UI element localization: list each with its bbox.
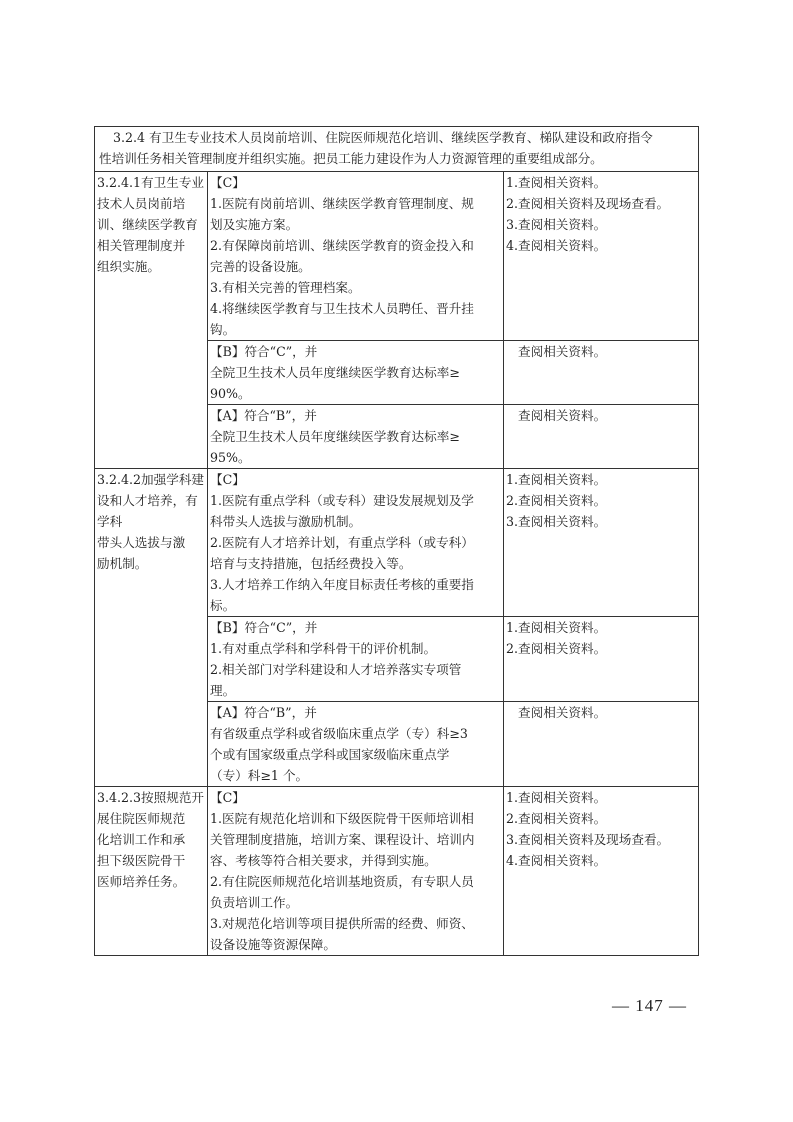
page-number: — 147 — <box>612 996 687 1016</box>
item-title-line: 励机制。 <box>97 553 206 574</box>
item-title-line: 3.2.4.2加强学科建 <box>97 469 206 490</box>
item-title-cell: 3.2.4.2加强学科建 设和人才培养，有 学科 带头人选拔与激 励机制。 <box>95 469 208 787</box>
grade-label: 【B】符合“C”，并 <box>210 617 502 638</box>
criteria-line: 培育与支持措施，包括经费投入等。 <box>210 553 502 574</box>
grade-label: 【A】符合“B”，并 <box>210 405 502 426</box>
method-cell: 查阅相关资料。 <box>504 405 699 469</box>
criteria-line: 1.有对重点学科和学科骨干的评价机制。 <box>210 638 502 659</box>
table-row: 3.2.4.1有卫生专业 技术人员岗前培 训、继续医学教育 相关管理制度并 组织… <box>95 172 699 341</box>
criteria-cell: 【B】符合“C”，并 1.有对重点学科和学科骨干的评价机制。 2.相关部门对学科… <box>208 617 504 702</box>
grade-label: 【C】 <box>210 787 502 808</box>
method-line: 2.查阅相关资料。 <box>506 490 697 511</box>
criteria-line: 1.医院有规范化培训和下级医院骨干医师培训相 <box>210 808 502 829</box>
method-line: 查阅相关资料。 <box>506 341 697 362</box>
criteria-line: （专）科≥1 个。 <box>210 765 502 786</box>
item-title-line: 组织实施。 <box>97 256 206 277</box>
item-title-line: 3.2.4.1有卫生专业 <box>97 172 206 193</box>
criteria-line: 完善的设备设施。 <box>210 256 502 277</box>
method-line: 3.查阅相关资料。 <box>506 214 697 235</box>
grade-label: 【A】符合“B”，并 <box>210 702 502 723</box>
criteria-cell: 【A】符合“B”，并 有省级重点学科或省级临床重点学（专）科≥3 个或有国家级重… <box>208 702 504 787</box>
method-line: 1.查阅相关资料。 <box>506 617 697 638</box>
criteria-line: 标。 <box>210 595 502 616</box>
method-line: 1.查阅相关资料。 <box>506 172 697 193</box>
criteria-line: 个或有国家级重点学科或国家级临床重点学 <box>210 744 502 765</box>
method-line: 3.查阅相关资料。 <box>506 511 697 532</box>
item-title-line: 学科 <box>97 511 206 532</box>
criteria-line: 2.有住院医师规范化培训基地资质，有专职人员 <box>210 871 502 892</box>
item-title-line: 担下级医院骨干 <box>97 850 206 871</box>
document-page: 3.2.4 有卫生专业技术人员岗前培训、住院医师规范化培训、继续医学教育、梯队建… <box>94 126 698 956</box>
criteria-line: 3.有相关完善的管理档案。 <box>210 277 502 298</box>
section-header: 3.2.4 有卫生专业技术人员岗前培训、住院医师规范化培训、继续医学教育、梯队建… <box>95 127 699 172</box>
table-row: 3.4.2.3按照规范开 展住院医师规范 化培训工作和承 担下级医院骨干 医师培… <box>95 787 699 956</box>
criteria-line: 2.有保障岗前培训、继续医学教育的资金投入和 <box>210 235 502 256</box>
section-header-line: 3.2.4 有卫生专业技术人员岗前培训、住院医师规范化培训、继续医学教育、梯队建… <box>99 127 696 148</box>
method-line: 1.查阅相关资料。 <box>506 787 697 808</box>
criteria-line: 关管理制度措施，培训方案、课程设计、培训内 <box>210 829 502 850</box>
criteria-line: 理。 <box>210 680 502 701</box>
method-cell: 1.查阅相关资料。 2.查阅相关资料。 <box>504 617 699 702</box>
criteria-line: 钩。 <box>210 319 502 340</box>
method-cell: 1.查阅相关资料。 2.查阅相关资料。 3.查阅相关资料及现场查看。 4.查阅相… <box>504 787 699 956</box>
method-line: 3.查阅相关资料及现场查看。 <box>506 829 697 850</box>
criteria-line: 2.相关部门对学科建设和人才培养落实专项管 <box>210 659 502 680</box>
item-title-line: 相关管理制度并 <box>97 235 206 256</box>
criteria-line: 设备设施等资源保障。 <box>210 934 502 955</box>
method-line: 4.查阅相关资料。 <box>506 850 697 871</box>
method-line: 查阅相关资料。 <box>506 702 697 723</box>
criteria-cell: 【B】符合“C”，并 全院卫生技术人员年度继续医学教育达标率≥ 90%。 <box>208 341 504 405</box>
criteria-line: 90%。 <box>210 383 502 404</box>
criteria-line: 全院卫生技术人员年度继续医学教育达标率≥ <box>210 362 502 383</box>
criteria-cell: 【C】 1.医院有重点学科（或专科）建设发展规划及学 科带头人选拔与激励机制。 … <box>208 469 504 617</box>
criteria-cell: 【C】 1.医院有岗前培训、继续医学教育管理制度、规 划及实施方案。 2.有保障… <box>208 172 504 341</box>
evaluation-table: 3.2.4 有卫生专业技术人员岗前培训、住院医师规范化培训、继续医学教育、梯队建… <box>94 126 699 956</box>
item-title-line: 医师培养任务。 <box>97 871 206 892</box>
section-header-line: 性培训任务相关管理制度并组织实施。把员工能力建设作为人力资源管理的重要组成部分。 <box>99 148 696 169</box>
criteria-line: 4.将继续医学教育与卫生技术人员聘任、晋升挂 <box>210 298 502 319</box>
method-line: 1.查阅相关资料。 <box>506 469 697 490</box>
method-cell: 查阅相关资料。 <box>504 341 699 405</box>
criteria-line: 负责培训工作。 <box>210 892 502 913</box>
grade-label: 【C】 <box>210 469 502 490</box>
item-title-line: 技术人员岗前培 <box>97 193 206 214</box>
criteria-line: 科带头人选拔与激励机制。 <box>210 511 502 532</box>
criteria-line: 3.人才培养工作纳入年度目标责任考核的重要指 <box>210 574 502 595</box>
criteria-line: 95%。 <box>210 447 502 468</box>
criteria-line: 划及实施方案。 <box>210 214 502 235</box>
criteria-line: 容、考核等符合相关要求，并得到实施。 <box>210 850 502 871</box>
criteria-line: 全院卫生技术人员年度继续医学教育达标率≥ <box>210 426 502 447</box>
criteria-line: 1.医院有重点学科（或专科）建设发展规划及学 <box>210 490 502 511</box>
method-line: 2.查阅相关资料。 <box>506 808 697 829</box>
method-line: 4.查阅相关资料。 <box>506 235 697 256</box>
criteria-line: 2.医院有人才培养计划，有重点学科（或专科） <box>210 532 502 553</box>
item-title-line: 展住院医师规范 <box>97 808 206 829</box>
item-title-line: 带头人选拔与激 <box>97 532 206 553</box>
criteria-cell: 【C】 1.医院有规范化培训和下级医院骨干医师培训相 关管理制度措施，培训方案、… <box>208 787 504 956</box>
method-line: 查阅相关资料。 <box>506 405 697 426</box>
item-title-line: 训、继续医学教育 <box>97 214 206 235</box>
criteria-line: 3.对规范化培训等项目提供所需的经费、师资、 <box>210 913 502 934</box>
method-cell: 1.查阅相关资料。 2.查阅相关资料及现场查看。 3.查阅相关资料。 4.查阅相… <box>504 172 699 341</box>
criteria-line: 有省级重点学科或省级临床重点学（专）科≥3 <box>210 723 502 744</box>
method-line: 2.查阅相关资料及现场查看。 <box>506 193 697 214</box>
criteria-line: 1.医院有岗前培训、继续医学教育管理制度、规 <box>210 193 502 214</box>
criteria-cell: 【A】符合“B”，并 全院卫生技术人员年度继续医学教育达标率≥ 95%。 <box>208 405 504 469</box>
item-title-line: 3.4.2.3按照规范开 <box>97 787 206 808</box>
method-cell: 查阅相关资料。 <box>504 702 699 787</box>
item-title-cell: 3.2.4.1有卫生专业 技术人员岗前培 训、继续医学教育 相关管理制度并 组织… <box>95 172 208 469</box>
item-title-line: 设和人才培养，有 <box>97 490 206 511</box>
method-line: 2.查阅相关资料。 <box>506 638 697 659</box>
section-header-row: 3.2.4 有卫生专业技术人员岗前培训、住院医师规范化培训、继续医学教育、梯队建… <box>95 127 699 172</box>
method-cell: 1.查阅相关资料。 2.查阅相关资料。 3.查阅相关资料。 <box>504 469 699 617</box>
grade-label: 【C】 <box>210 172 502 193</box>
item-title-line: 化培训工作和承 <box>97 829 206 850</box>
grade-label: 【B】符合“C”，并 <box>210 341 502 362</box>
table-row: 3.2.4.2加强学科建 设和人才培养，有 学科 带头人选拔与激 励机制。 【C… <box>95 469 699 617</box>
item-title-cell: 3.4.2.3按照规范开 展住院医师规范 化培训工作和承 担下级医院骨干 医师培… <box>95 787 208 956</box>
